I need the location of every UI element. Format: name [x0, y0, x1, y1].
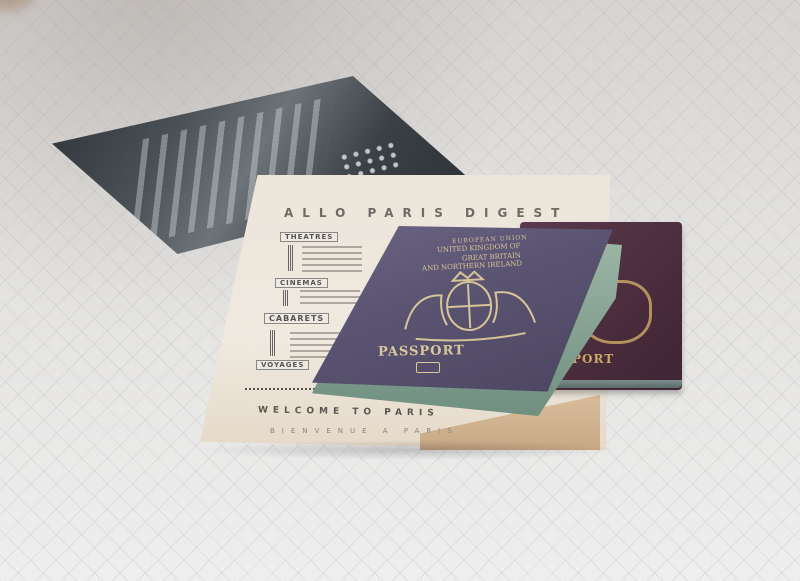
passport-front: EUROPEAN UNION UNITED KINGDOM OF GREAT B… — [312, 226, 622, 416]
passport-label: PASSPORT — [378, 343, 465, 360]
section-voyages: VOYAGES — [256, 360, 309, 370]
column-bars — [288, 245, 294, 271]
column-bars — [270, 330, 276, 356]
scene: ALLO PARIS DIGEST THEATRES CINEMAS CABAR… — [0, 0, 800, 581]
bienvenue-text: BIENVENUE A PARIS — [270, 427, 459, 435]
newspaper-headline: ALLO PARIS DIGEST — [284, 206, 568, 220]
coat-of-arms-icon — [382, 262, 556, 347]
dotted-rule — [245, 388, 315, 390]
column-bars — [283, 290, 289, 306]
biometric-chip-icon — [416, 362, 440, 373]
passport-front-cover: EUROPEAN UNION UNITED KINGDOM OF GREAT B… — [312, 226, 622, 406]
shadow — [200, 440, 620, 460]
